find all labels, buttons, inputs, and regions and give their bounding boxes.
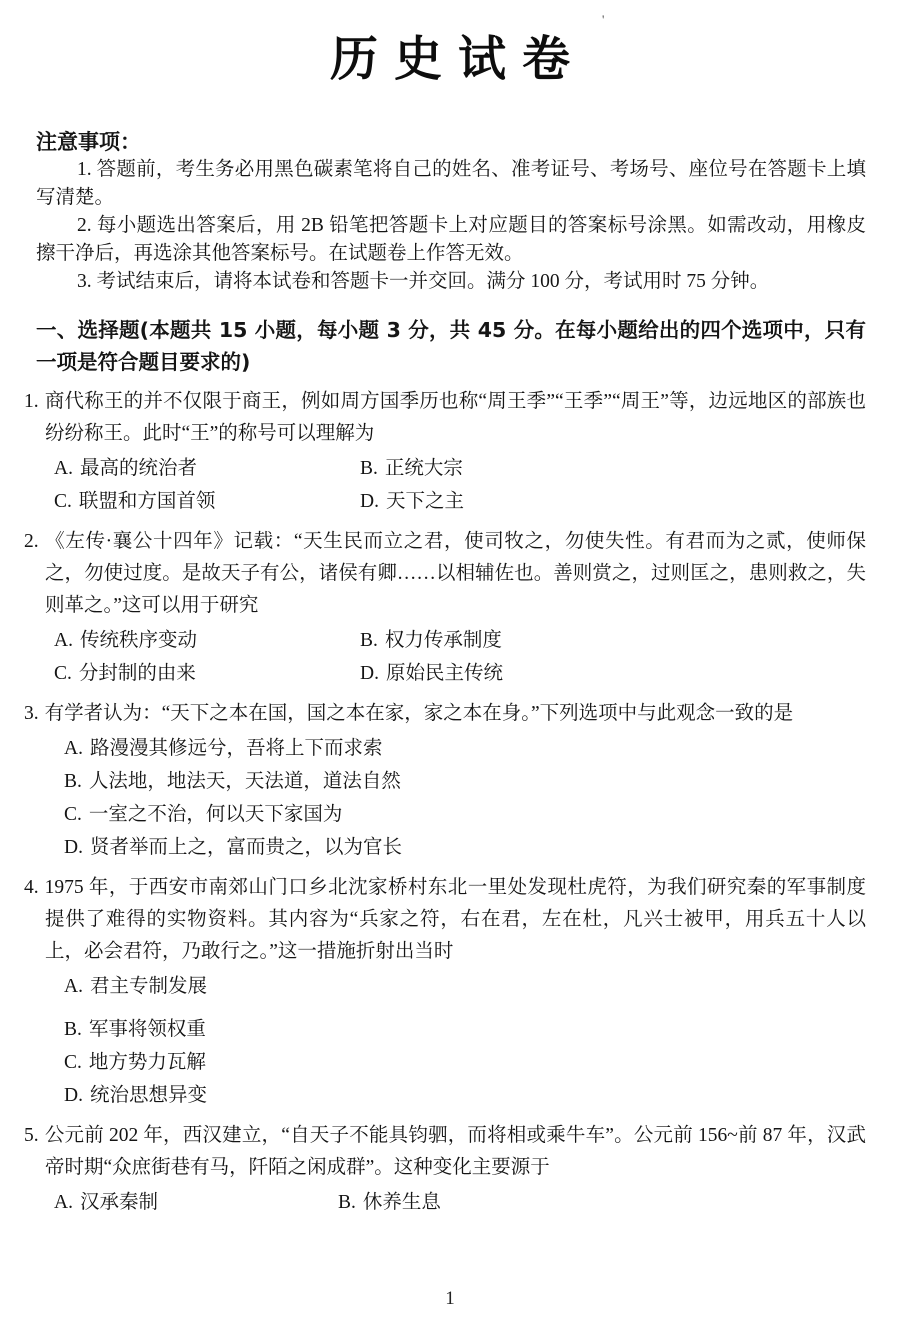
page-title: 历 史 试 卷 <box>36 30 866 90</box>
option-label: B. <box>64 1019 82 1040</box>
question-2-option-d: D.原始民主传统 <box>360 657 866 690</box>
option-text: 一室之不治，何以天下家国为 <box>89 804 343 825</box>
option-label: A. <box>54 1192 73 1213</box>
question-1-options: A.最高的统治者 B.正统大宗 C.联盟和方国首领 D.天下之主 <box>24 452 866 518</box>
option-label: A. <box>64 976 83 997</box>
option-label: B. <box>338 1192 356 1213</box>
option-label: B. <box>360 630 378 651</box>
question-stem-text: 商代称王的并不仅限于商王，例如周方国季历也称“周王季”“王季”“周王”等，边远地… <box>45 391 866 444</box>
option-label: A. <box>64 738 83 759</box>
question-1: 1.商代称王的并不仅限于商王，例如周方国季历也称“周王季”“王季”“周王”等，边… <box>24 386 866 518</box>
question-1-option-b: B.正统大宗 <box>360 452 866 485</box>
option-text: 汉承秦制 <box>80 1192 158 1213</box>
option-label: C. <box>64 804 82 825</box>
question-1-stem: 1.商代称王的并不仅限于商王，例如周方国季历也称“周王季”“王季”“周王”等，边… <box>24 386 866 450</box>
option-label: D. <box>360 663 379 684</box>
option-text: 军事将领权重 <box>89 1019 206 1040</box>
question-number: 2. <box>24 531 39 552</box>
option-text: 君主专制发展 <box>90 976 207 997</box>
question-4-option-c: C.地方势力瓦解 <box>24 1046 866 1079</box>
option-text: 贤者举而上之，富而贵之，以为官长 <box>90 837 402 858</box>
exam-paper-page: ' 历 史 试 卷 注意事项： 1. 答题前，考生务必用黑色碳素笔将自己的姓名、… <box>0 0 900 1324</box>
question-4-options: A.君主专制发展 B.军事将领权重 C.地方势力瓦解 D.统治思想异变 <box>24 970 866 1112</box>
question-4-option-d: D.统治思想异变 <box>24 1079 866 1112</box>
option-label: A. <box>54 630 73 651</box>
option-text: 天下之主 <box>386 491 464 512</box>
question-4-option-b: B.军事将领权重 <box>24 1013 866 1046</box>
option-text: 分封制的由来 <box>79 663 196 684</box>
question-5: 5.公元前 202 年，西汉建立，“自天子不能具钧驷，而将相或乘牛车”。公元前 … <box>24 1120 866 1219</box>
option-text: 传统秩序变动 <box>80 630 197 651</box>
question-number: 1. <box>24 391 39 412</box>
question-4: 4.1975 年，于西安市南郊山门口乡北沈家桥村东北一里处发现杜虎符，为我们研究… <box>24 872 866 1112</box>
section-heading-multiple-choice: 一、选择题(本题共 15 小题，每小题 3 分，共 45 分。在每小题给出的四个… <box>36 314 866 378</box>
question-stem-text: 有学者认为：“天下之本在国，国之本在家，家之本在身。”下列选项中与此观念一致的是 <box>45 703 794 724</box>
question-stem-text: 公元前 202 年，西汉建立，“自天子不能具钧驷，而将相或乘牛车”。公元前 15… <box>45 1125 866 1178</box>
question-1-option-c: C.联盟和方国首领 <box>54 485 360 518</box>
scan-speck-mark: ' <box>602 12 604 28</box>
option-text: 统治思想异变 <box>90 1085 207 1106</box>
question-2-option-c: C.分封制的由来 <box>54 657 360 690</box>
question-5-stem: 5.公元前 202 年，西汉建立，“自天子不能具钧驷，而将相或乘牛车”。公元前 … <box>24 1120 866 1184</box>
option-label: B. <box>64 771 82 792</box>
notice-item-3: 3. 考试结束后，请将本试卷和答题卡一并交回。满分 100 分，考试用时 75 … <box>36 268 866 296</box>
option-text: 联盟和方国首领 <box>79 491 216 512</box>
option-label: D. <box>360 491 379 512</box>
question-stem-text: 1975 年，于西安市南郊山门口乡北沈家桥村东北一里处发现杜虎符，为我们研究秦的… <box>45 877 866 962</box>
question-3: 3.有学者认为：“天下之本在国，国之本在家，家之本在身。”下列选项中与此观念一致… <box>24 698 866 864</box>
question-3-option-b: B.人法地，地法天，天法道，道法自然 <box>24 765 866 798</box>
option-label: C. <box>64 1052 82 1073</box>
option-label: A. <box>54 458 73 479</box>
option-text: 最高的统治者 <box>80 458 197 479</box>
option-text: 地方势力瓦解 <box>89 1052 206 1073</box>
option-label: D. <box>64 1085 83 1106</box>
option-text: 权力传承制度 <box>385 630 502 651</box>
option-text: 人法地，地法天，天法道，道法自然 <box>89 771 401 792</box>
option-label: C. <box>54 491 72 512</box>
option-label: C. <box>54 663 72 684</box>
question-2-option-a: A.传统秩序变动 <box>54 624 360 657</box>
notice-section: 注意事项： 1. 答题前，考生务必用黑色碳素笔将自己的姓名、准考证号、考场号、座… <box>36 128 866 296</box>
question-1-option-d: D.天下之主 <box>360 485 866 518</box>
question-1-option-a: A.最高的统治者 <box>54 452 360 485</box>
question-3-stem: 3.有学者认为：“天下之本在国，国之本在家，家之本在身。”下列选项中与此观念一致… <box>24 698 866 730</box>
question-5-options: A.汉承秦制 B.休养生息 <box>24 1186 866 1219</box>
question-2-options: A.传统秩序变动 B.权力传承制度 C.分封制的由来 D.原始民主传统 <box>24 624 866 690</box>
question-2: 2.《左传·襄公十四年》记载：“天生民而立之君，使司牧之，勿使失性。有君而为之贰… <box>24 526 866 690</box>
option-label: B. <box>360 458 378 479</box>
question-stem-text: 《左传·襄公十四年》记载：“天生民而立之君，使司牧之，勿使失性。有君而为之贰，使… <box>45 531 866 616</box>
question-number: 4. <box>24 877 39 898</box>
question-3-options: A.路漫漫其修远兮，吾将上下而求索 B.人法地，地法天，天法道，道法自然 C.一… <box>24 732 866 864</box>
question-3-option-c: C.一室之不治，何以天下家国为 <box>24 798 866 831</box>
option-text: 正统大宗 <box>385 458 463 479</box>
page-number: 1 <box>0 1288 900 1310</box>
option-label: D. <box>64 837 83 858</box>
question-4-stem: 4.1975 年，于西安市南郊山门口乡北沈家桥村东北一里处发现杜虎符，为我们研究… <box>24 872 866 968</box>
question-5-option-a: A.汉承秦制 <box>54 1186 338 1219</box>
option-text: 休养生息 <box>363 1192 441 1213</box>
question-number: 3. <box>24 703 39 724</box>
notice-item-2: 2. 每小题选出答案后，用 2B 铅笔把答题卡上对应题目的答案标号涂黑。如需改动… <box>36 212 866 268</box>
question-3-option-a: A.路漫漫其修远兮，吾将上下而求索 <box>24 732 866 765</box>
notice-item-1: 1. 答题前，考生务必用黑色碳素笔将自己的姓名、准考证号、考场号、座位号在答题卡… <box>36 156 866 212</box>
question-2-stem: 2.《左传·襄公十四年》记载：“天生民而立之君，使司牧之，勿使失性。有君而为之贰… <box>24 526 866 622</box>
option-text: 原始民主传统 <box>386 663 503 684</box>
question-5-option-b: B.休养生息 <box>338 1186 866 1219</box>
question-3-option-d: D.贤者举而上之，富而贵之，以为官长 <box>24 831 866 864</box>
question-4-option-a: A.君主专制发展 <box>24 970 866 1003</box>
question-number: 5. <box>24 1125 39 1146</box>
notice-heading: 注意事项： <box>36 128 866 156</box>
option-text: 路漫漫其修远兮，吾将上下而求索 <box>90 738 383 759</box>
question-2-option-b: B.权力传承制度 <box>360 624 866 657</box>
